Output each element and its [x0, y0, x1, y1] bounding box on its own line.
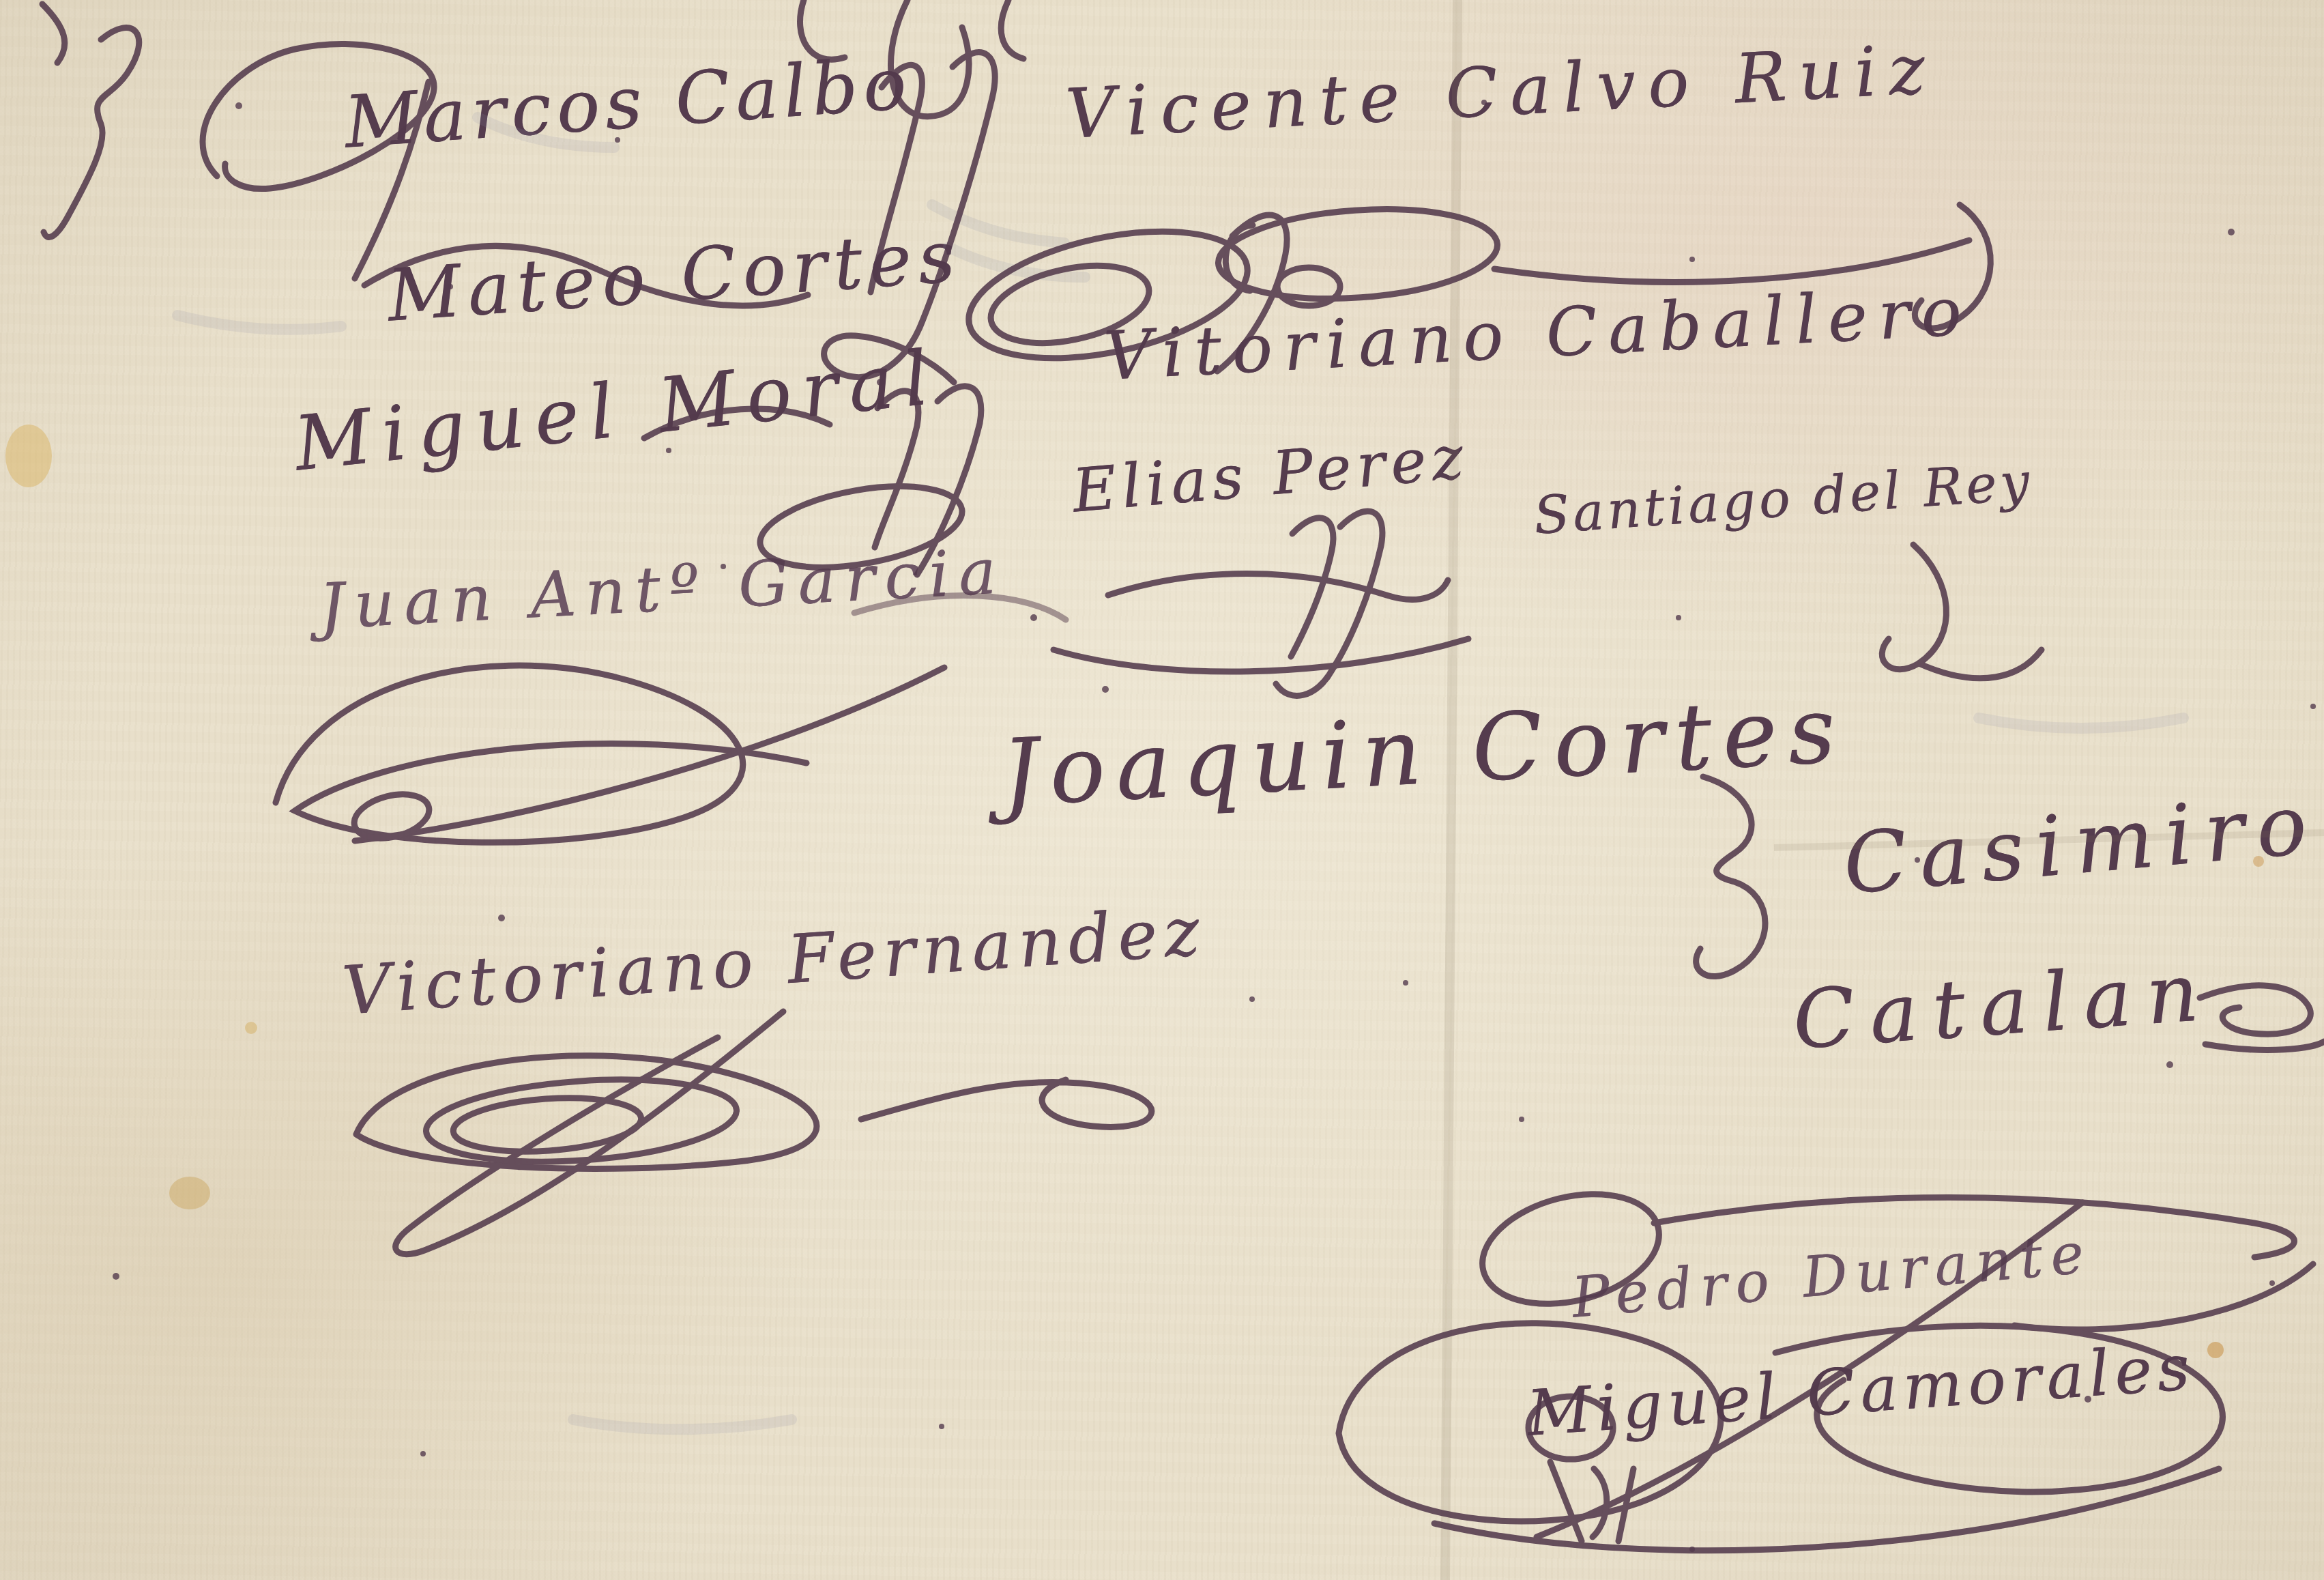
- rubric-victoriano-fernandez: [356, 1011, 1152, 1254]
- manuscript-page: Marcos Calbo Vicente Calvo Ruiz Mateo Co…: [0, 0, 2324, 1580]
- manuscript-scan: { "colors": { "ink": "#553c4e", "ink_fad…: [0, 0, 2324, 1580]
- signature-vitoriano-caballero: Vitoriano Caballero: [1102, 278, 1973, 390]
- signature-miguel-camorales: Miguel Camorales: [1525, 1336, 2197, 1446]
- signature-casimiro-line1: Casimiro: [1840, 781, 2322, 906]
- signature-vicente-calvo-ruiz: Vicente Calvo Ruiz: [1064, 35, 1938, 149]
- signature-joaquin-cortes: Joaquin Cortes: [999, 683, 1848, 820]
- rubric-santiago-del-rey: [1882, 545, 2042, 678]
- signature-miguel-moral: Miguel Moral: [291, 339, 942, 482]
- rubric-top-left-margin: [42, 4, 139, 237]
- signature-elias-perez: Elias Perez: [1070, 427, 1470, 521]
- rubric-catalan: [2200, 986, 2324, 1050]
- signature-mateo-cortes: Mateo Cortes: [385, 220, 963, 332]
- signature-casimiro-line2: Catalan: [1790, 951, 2216, 1061]
- signature-por-durante: Pedro Durante: [1569, 1226, 2093, 1327]
- signature-victoriano-fernandez: Victoriano Fernandez: [340, 898, 1208, 1025]
- signature-santiago-del-rey: Santiago del Rey: [1532, 455, 2034, 542]
- signature-juan-antonio-garcia: Juan Antº Garcia: [318, 540, 1007, 639]
- rubric-elias-perez: [1054, 511, 1468, 695]
- signature-marcos-calbo: Marcos Calbo: [342, 48, 914, 159]
- rubric-joaquin-cortes: [1696, 777, 1765, 977]
